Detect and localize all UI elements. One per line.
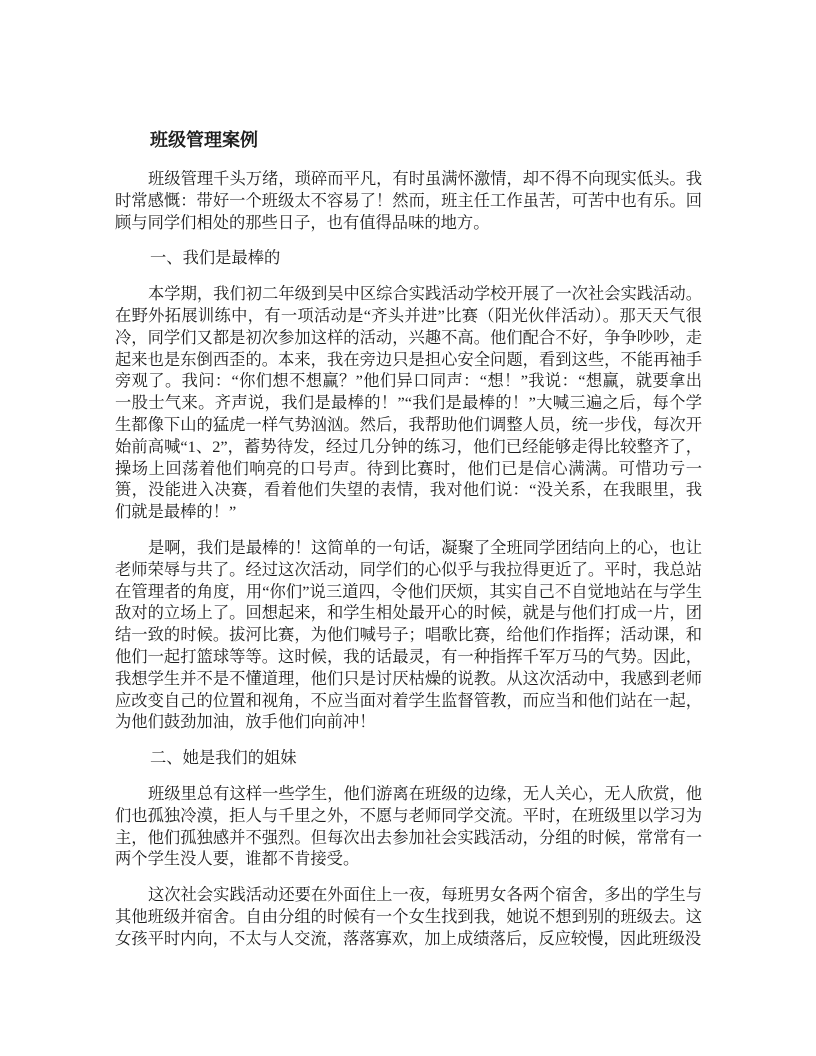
section-1-heading: 一、我们是最棒的 [115, 247, 702, 269]
intro-paragraph: 班级管理千头万绪，琐碎而平凡，有时虽满怀激情，却不得不向现实低头。我时常感慨：带… [115, 168, 702, 233]
document-page: 班级管理案例 班级管理千头万绪，琐碎而平凡，有时虽满怀激情，却不得不向现实低头。… [0, 0, 816, 1056]
section-1-paragraph-1: 本学期，我们初二年级到吴中区综合实践活动学校开展了一次社会实践活动。在野外拓展训… [115, 283, 702, 523]
document-body: 班级管理案例 班级管理千头万绪，琐碎而平凡，有时虽满怀激情，却不得不向现实低头。… [115, 128, 702, 950]
document-title: 班级管理案例 [115, 128, 702, 153]
section-2-paragraph-1: 班级里总有这样一些学生，他们游离在班级的边缘，无人关心，无人欣赏，他们也孤独冷漠… [115, 783, 702, 870]
section-1-paragraph-2: 是啊，我们是最棒的！这简单的一句话，凝聚了全班同学团结向上的心，也让老师荣辱与共… [115, 537, 702, 733]
section-2-paragraph-2: 这次社会实践活动还要在外面住上一夜，每班男女各两个宿舍，多出的学生与其他班级并宿… [115, 884, 702, 949]
section-2-heading: 二、她是我们的姐妹 [115, 747, 702, 769]
